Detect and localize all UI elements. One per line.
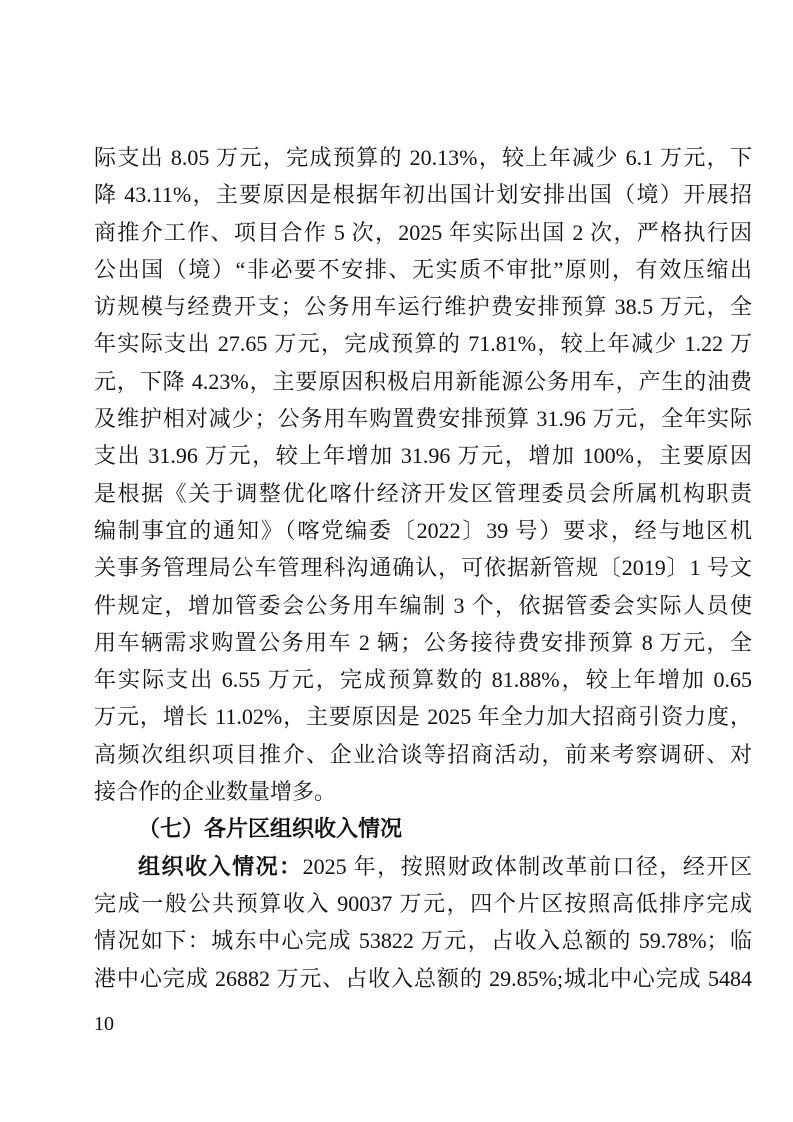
text-line: 完成一般公共预算收入 90037 万元，四个片区按照高低排序完成 <box>94 885 752 922</box>
text-line: 商推介工作、项目合作 5 次，2025 年实际出国 2 次，严格执行因 <box>94 214 752 251</box>
text-line: 万元，增长 11.02%，主要原因是 2025 年全力加大招商引资力度， <box>94 698 752 735</box>
text-line: 接合作的企业数量增多。 <box>94 773 752 810</box>
page-number: 10 <box>94 1012 114 1036</box>
text-line: 年实际支出 27.65 万元，完成预算的 71.81%，较上年减少 1.22 万 <box>94 325 752 362</box>
text-line: 际支出 8.05 万元，完成预算的 20.13%，较上年减少 6.1 万元，下 <box>94 139 752 176</box>
section-heading: （七）各片区组织收入情况 <box>94 810 752 847</box>
text-line: 访规模与经费开支；公务用车运行维护费安排预算 38.5 万元，全 <box>94 288 752 325</box>
text-line: 降 43.11%，主要原因是根据年初出国计划安排出国（境）开展招 <box>94 176 752 213</box>
text-line: 支出 31.96 万元，较上年增加 31.96 万元，增加 100%，主要原因 <box>94 437 752 474</box>
paragraph-organized-income: 组织收入情况：2025 年，按照财政体制改革前口径，经开区 完成一般公共预算收入… <box>94 848 752 997</box>
text-line: 是根据《关于调整优化喀什经济开发区管理委员会所属机构职责 <box>94 475 752 512</box>
income-first-line-rest: 2025 年，按照财政体制改革前口径，经开区 <box>303 854 752 879</box>
text-line: 及维护相对减少；公务用车购置费安排预算 31.96 万元，全年实际 <box>94 400 752 437</box>
text-line: 元，下降 4.23%，主要原因积极启用新能源公务用车，产生的油费 <box>94 363 752 400</box>
income-paragraph-lines: 完成一般公共预算收入 90037 万元，四个片区按照高低排序完成情况如下：城东中… <box>94 885 752 997</box>
text-line: 用车辆需求购置公务用车 2 辆；公务接待费安排预算 8 万元，全 <box>94 624 752 661</box>
text-line: 关事务管理局公车管理科沟通确认，可依据新管规〔2019〕1 号文 <box>94 549 752 586</box>
text-line: 港中心完成 26882 万元、占收入总额的 29.85%;城北中心完成 5484 <box>94 960 752 997</box>
text-line: 情况如下：城东中心完成 53822 万元，占收入总额的 59.78%；临 <box>94 922 752 959</box>
text-line: 高频次组织项目推介、企业洽谈等招商活动，前来考察调研、对 <box>94 736 752 773</box>
income-first-line: 组织收入情况：2025 年，按照财政体制改革前口径，经开区 <box>94 848 752 885</box>
paragraph-expense-continuation: 际支出 8.05 万元，完成预算的 20.13%，较上年减少 6.1 万元，下降… <box>94 139 752 810</box>
text-line: 年实际支出 6.55 万元，完成预算数的 81.88%，较上年增加 0.65 <box>94 661 752 698</box>
text-line: 编制事宜的通知》（喀党编委〔2022〕39 号）要求，经与地区机 <box>94 512 752 549</box>
document-page: 际支出 8.05 万元，完成预算的 20.13%，较上年减少 6.1 万元，下降… <box>0 0 793 1122</box>
text-line: 件规定，增加管委会公务用车编制 3 个，依据管委会实际人员使 <box>94 587 752 624</box>
income-lead-label: 组织收入情况： <box>138 854 303 879</box>
text-block: 际支出 8.05 万元，完成预算的 20.13%，较上年减少 6.1 万元，下降… <box>94 139 752 997</box>
text-line: 公出国（境）“非必要不安排、无实质不审批”原则，有效压缩出 <box>94 251 752 288</box>
